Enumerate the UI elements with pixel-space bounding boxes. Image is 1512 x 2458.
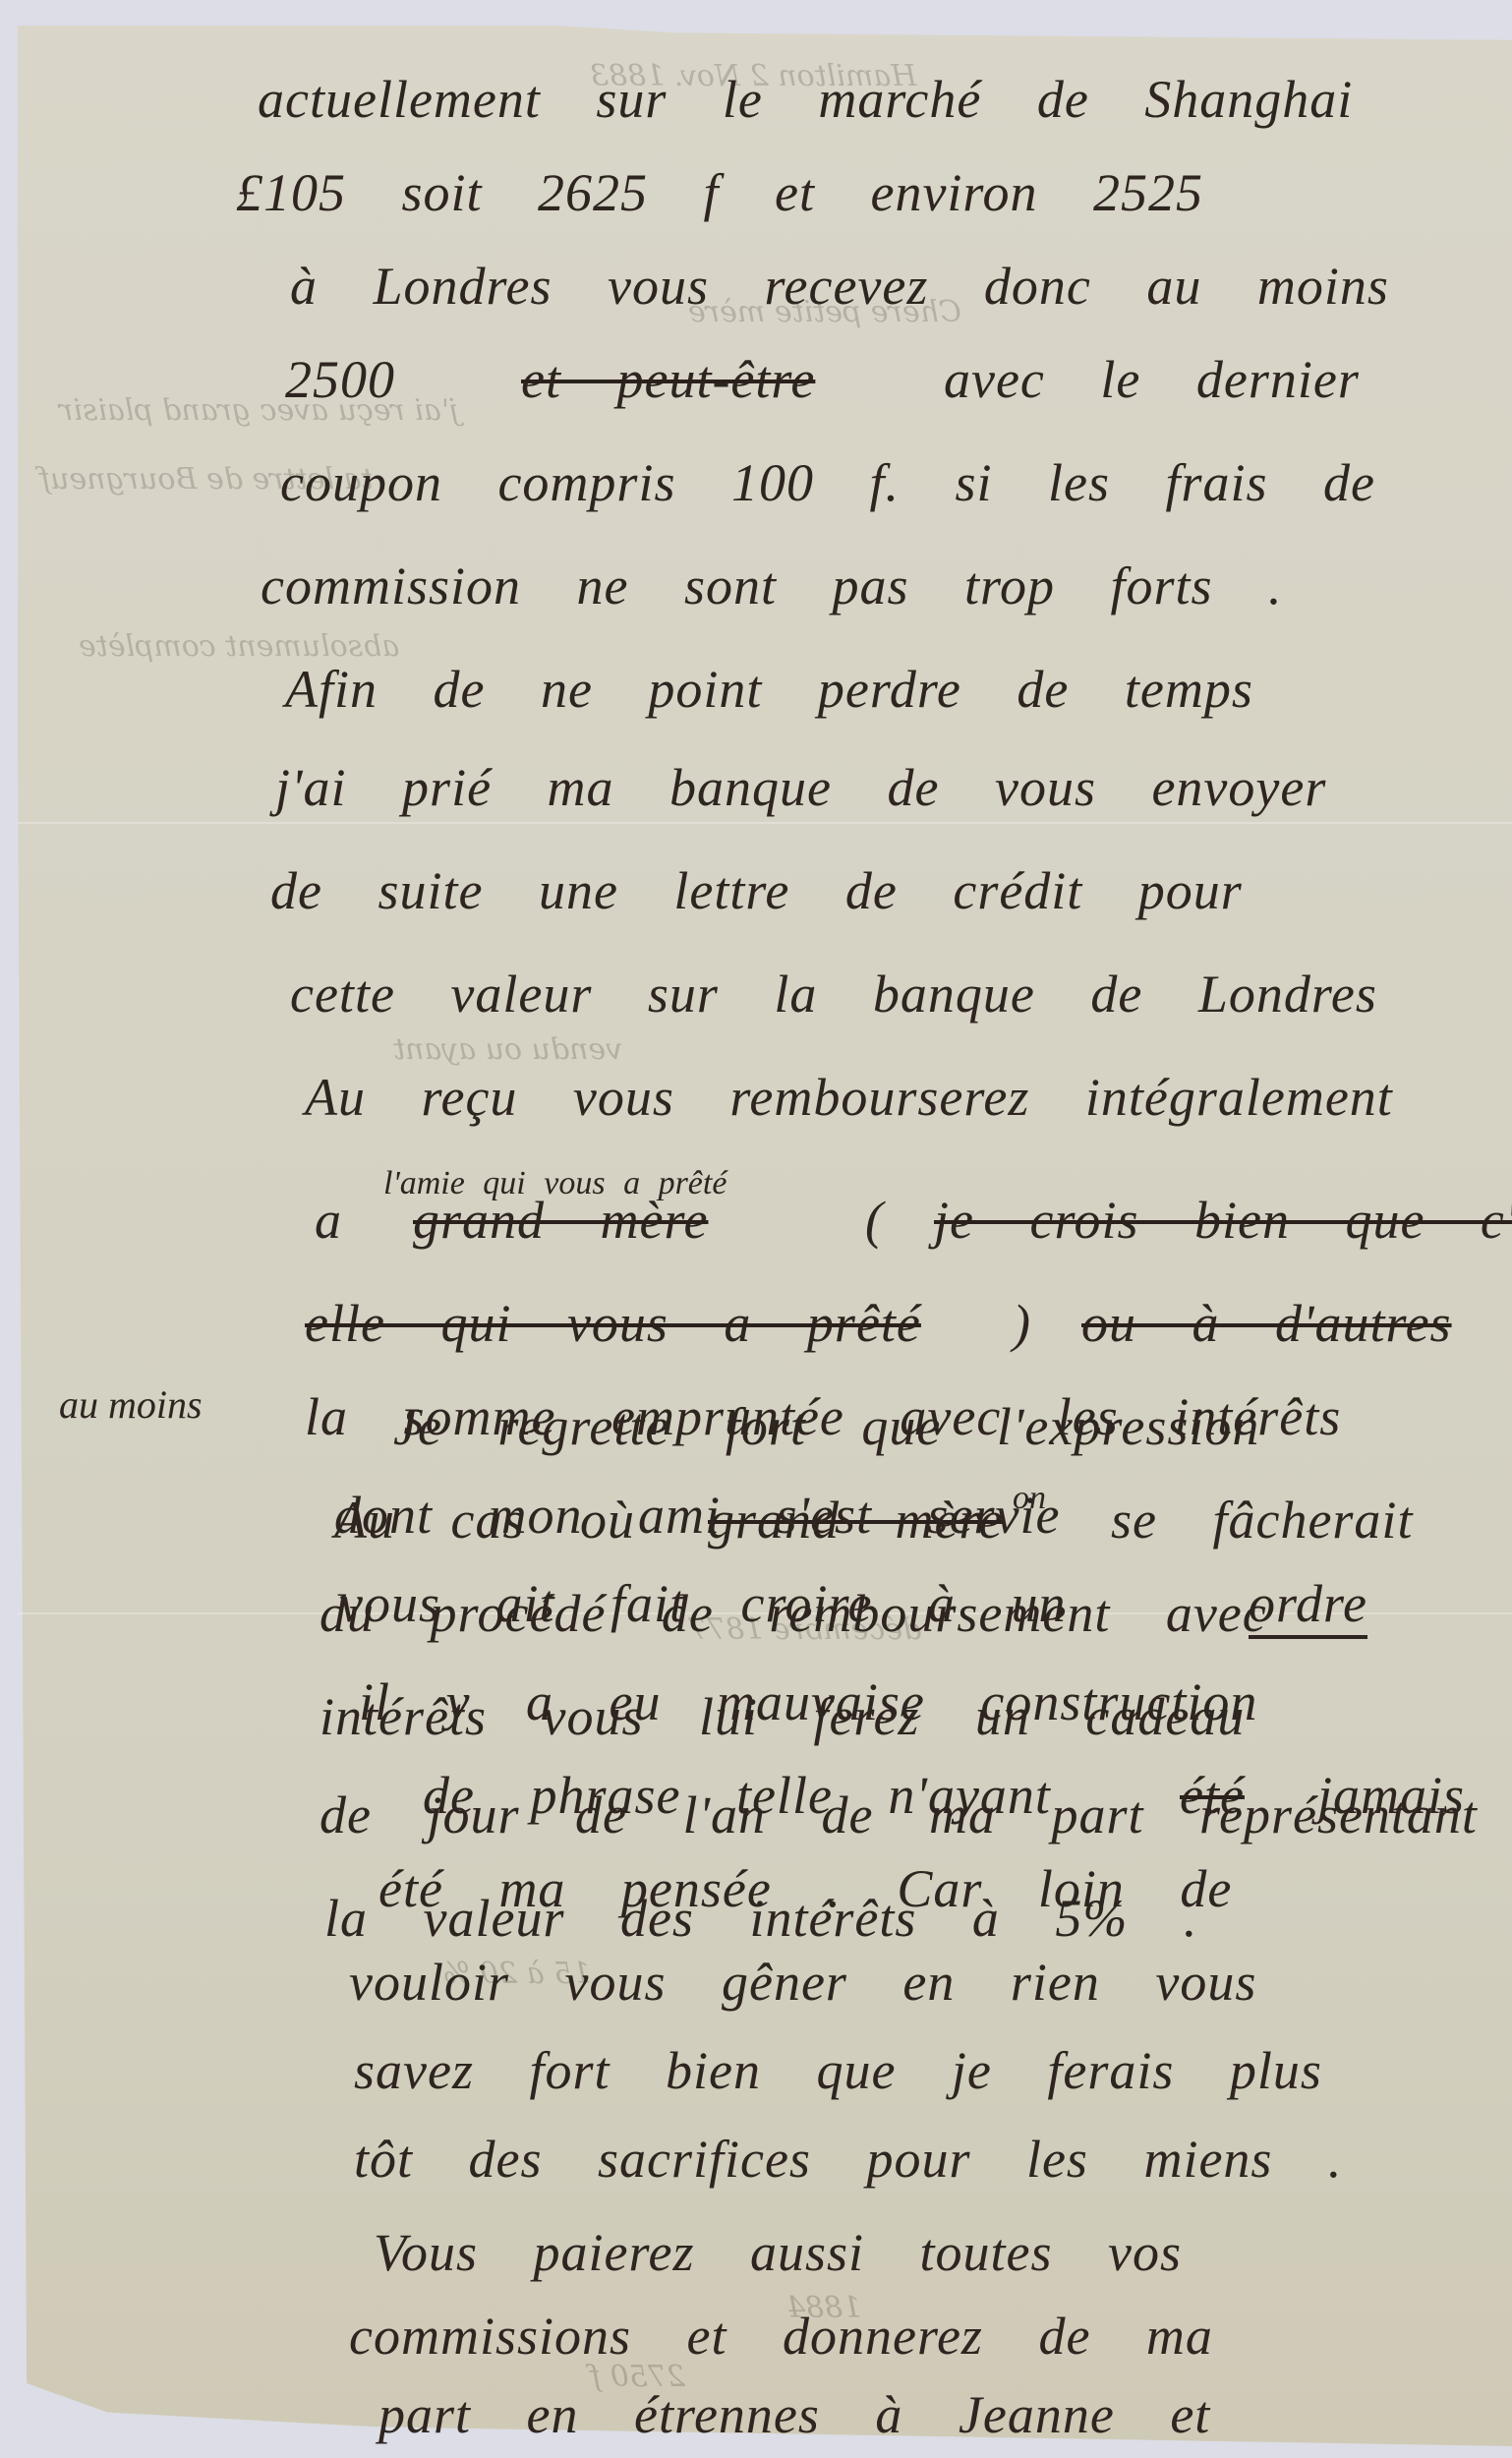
handwritten-line: de phrase telle n'ayant — [423, 1765, 1051, 1826]
handwritten-line: tôt des sacrifices pour les miens . — [354, 2129, 1342, 2190]
handwritten-line: a — [315, 1190, 342, 1251]
handwritten-line: se fâcherait — [1111, 1490, 1413, 1551]
handwritten-line: Au reçu vous rembourserez intégralement — [305, 1067, 1393, 1128]
handwritten-line: vous ait fait croire à un — [339, 1573, 1066, 1634]
handwritten-line: ordre — [1249, 1573, 1367, 1634]
handwritten-line: dont mon ami s'est servie — [334, 1485, 1060, 1546]
handwritten-line: j'ai prié ma banque de vous envoyer — [275, 757, 1326, 818]
handwritten-line: part en étrennes à Jeanne et — [378, 2384, 1210, 2445]
struck-text: elle qui vous a prêté — [305, 1293, 921, 1354]
handwritten-line: commissions et donnerez de ma — [349, 2306, 1213, 2367]
handwritten-line: à Londres vous recevez donc au moins — [290, 256, 1389, 317]
handwritten-line: ( — [865, 1190, 884, 1251]
handwritten-line: savez fort bien que je ferais plus — [354, 2040, 1322, 2101]
bleed-through-text: j'ai reçu avec grand plaisir — [59, 393, 458, 428]
handwritten-line: coupon compris 100 f. si les frais de — [280, 452, 1375, 513]
handwritten-line: £105 soit 2625 f et environ 2525 — [236, 162, 1203, 223]
handwritten-line: ) — [1013, 1293, 1031, 1354]
handwritten-line: jamais — [1317, 1765, 1465, 1826]
struck-text: été — [1180, 1765, 1245, 1826]
handwritten-line: vouloir vous gêner en rien vous — [349, 1952, 1256, 2013]
interlinear-insertion: l'amie qui vous a prêté — [383, 1165, 727, 1202]
handwritten-line: Je regrette fort que l'expression — [393, 1396, 1259, 1457]
handwritten-line: il y a eu mauvaise construction — [359, 1671, 1257, 1732]
interlinear-insertion: on — [1013, 1480, 1046, 1517]
margin-note: au moins — [59, 1381, 203, 1428]
handwritten-line: de suite une lettre de crédit pour — [270, 860, 1243, 921]
handwritten-line: avec le dernier — [944, 349, 1360, 410]
handwritten-line: Afin de ne point perdre de temps — [285, 659, 1253, 720]
handwritten-line: été ma pensée . Car loin de — [378, 1858, 1232, 1919]
handwritten-line: 2500 — [285, 349, 395, 410]
struck-text: ou à d'autres — [1081, 1293, 1452, 1354]
handwritten-line: actuellement sur le marché de Shanghai — [258, 69, 1353, 130]
struck-text: et peut-être — [521, 349, 815, 410]
bleed-through-text: vendu ou ayant — [393, 1032, 622, 1067]
paper-fold-line — [18, 822, 1512, 824]
struck-text: je crois bien que c'est — [934, 1190, 1512, 1251]
handwritten-line: commission ne sont pas trop forts . — [261, 556, 1283, 616]
handwritten-line: Vous paierez aussi toutes vos — [374, 2222, 1182, 2283]
handwritten-line: cette valeur sur la banque de Londres — [290, 964, 1377, 1024]
